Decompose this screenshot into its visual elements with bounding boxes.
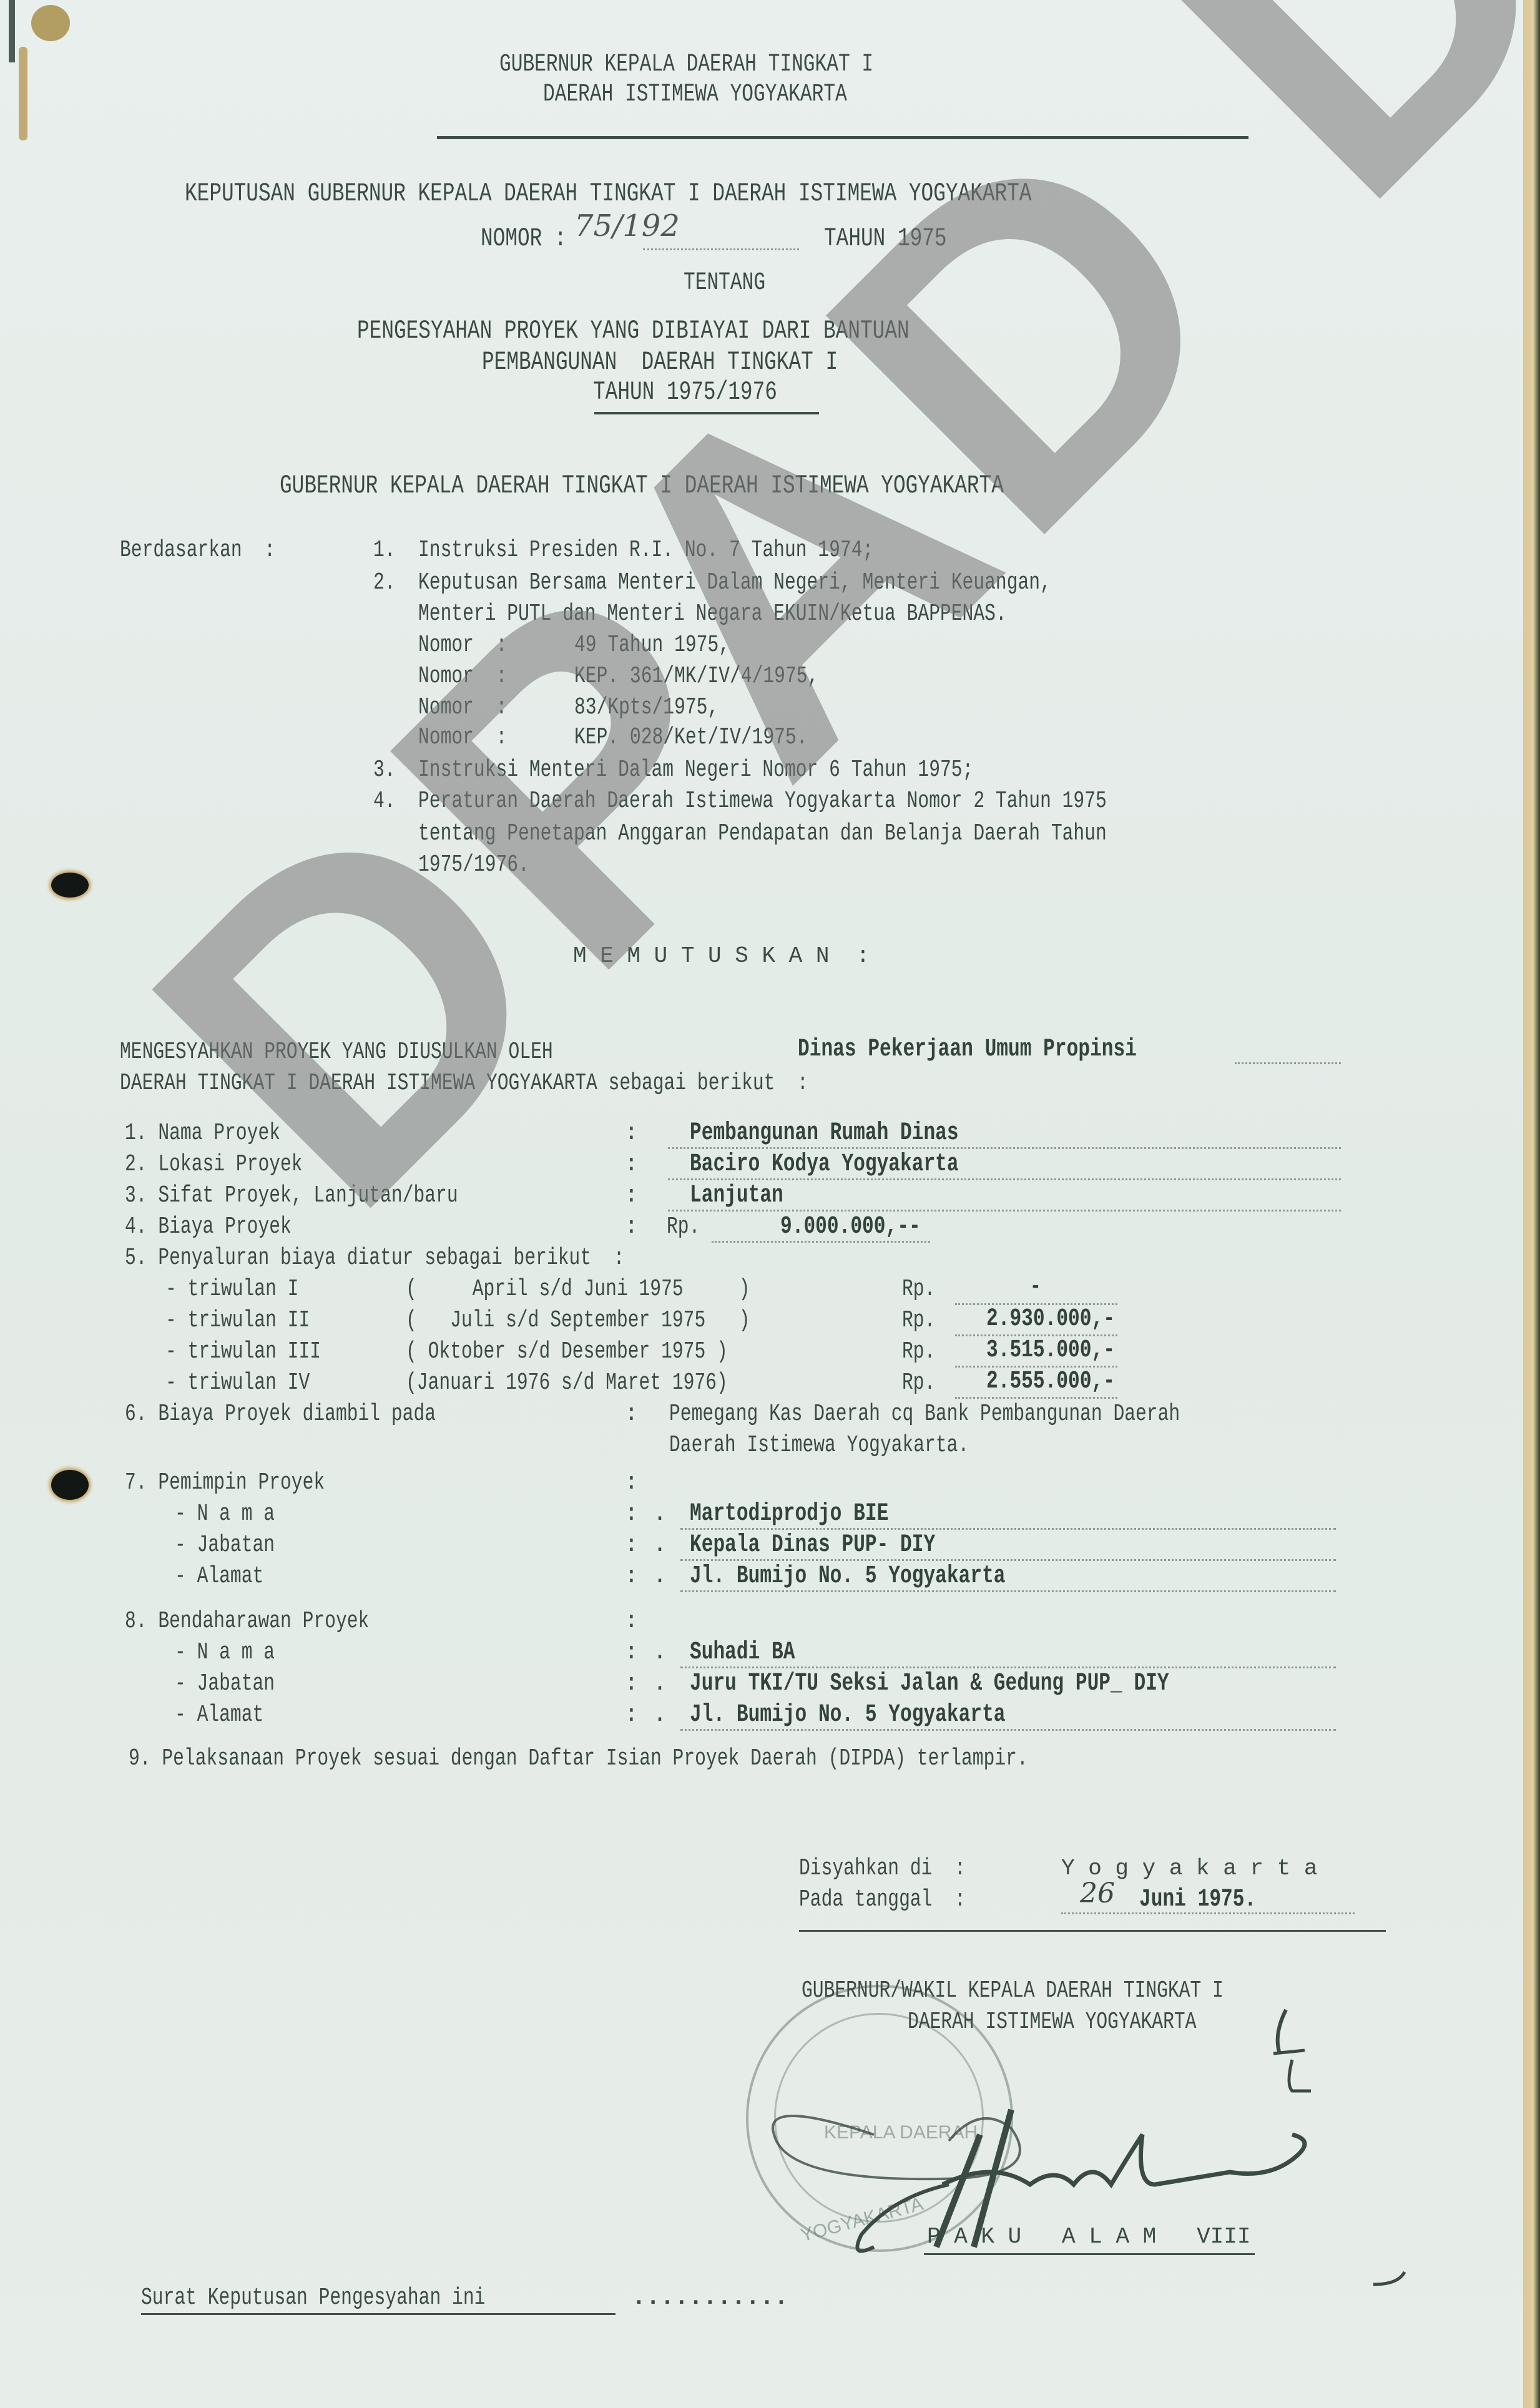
dots-line xyxy=(1061,1912,1355,1914)
dots-line xyxy=(712,1241,930,1243)
rust-streak xyxy=(19,47,27,140)
punch-hole-bottom xyxy=(51,1470,89,1500)
proposer: Dinas Pekerjaan Umum Propinsi xyxy=(798,1036,1137,1064)
letterhead-rule xyxy=(437,136,1248,139)
dots-line xyxy=(668,1178,1341,1180)
treasurer-address-value: Jl. Bumijo No. 5 Yogyakarta xyxy=(690,1701,1006,1729)
leader-name-value: Martodiprodjo BIE xyxy=(690,1500,888,1528)
quarter-2-prefix: Rp. xyxy=(902,1307,935,1334)
nomor-ref-1-value: 49 Tahun 1975, xyxy=(574,632,730,659)
footer-note: Surat Keputusan Pengesyahan ini xyxy=(141,2284,485,2312)
dots-line xyxy=(668,1210,1341,1211)
quarter-4-amount: 2.555.000,- xyxy=(986,1368,1115,1396)
consideration-3-num: 3. xyxy=(373,756,396,784)
rust-stain xyxy=(31,5,70,41)
consideration-2-cont: Menteri PUTL dan Menteri Negara EKUIN/Ke… xyxy=(418,600,1007,628)
signatory-name: P A K U A L A M VIII xyxy=(927,2223,1250,2251)
nomor-ref-3-value: 83/Kpts/1975, xyxy=(574,694,719,722)
colon: : xyxy=(624,1213,639,1241)
item-nama-proyek-value: Pembangunan Rumah Dinas xyxy=(690,1120,959,1147)
treasurer-name-value: Suhadi BA xyxy=(690,1639,795,1667)
consideration-1: Instruksi Presiden R.I. No. 7 Tahun 1974… xyxy=(418,537,873,564)
colon: : . xyxy=(624,1563,667,1590)
dots-line xyxy=(680,1528,1336,1530)
source-value: Pemegang Kas Daerah cq Bank Pembangunan … xyxy=(669,1401,1180,1428)
subject-line2: PEMBANGUNAN DAERAH TINGKAT I xyxy=(482,348,838,376)
treasurer-position-value: Juru TKI/TU Seksi Jalan & Gedung PUP_ DI… xyxy=(690,1670,1169,1698)
quarter-1-amount: - xyxy=(1030,1273,1041,1301)
subject-line3: TAHUN 1975/1976 xyxy=(593,378,777,406)
nomor-dots xyxy=(643,248,799,250)
tahun-label: TAHUN 1975 xyxy=(824,225,947,252)
nomor-label: NOMOR : xyxy=(481,225,567,252)
quarter-4-period: (Januari 1976 s/d Maret 1976) xyxy=(406,1369,728,1397)
dots-line xyxy=(680,1667,1336,1668)
treasurer-label: 8. Bendaharawan Proyek xyxy=(125,1608,369,1635)
item-biaya-value: 9.000.000,-- xyxy=(780,1213,921,1241)
stamp-inner-text: KEPALA DAERAH xyxy=(824,2122,978,2143)
nomor-ref-4: Nomor : xyxy=(418,724,507,751)
signatory-underline xyxy=(924,2253,1255,2255)
colon: : . xyxy=(624,1670,667,1698)
leader-position-label: - Jabatan xyxy=(175,1532,275,1559)
footer-dots: ........... xyxy=(632,2284,788,2312)
subject-underline xyxy=(594,412,819,414)
letterhead-line2: DAERAH ISTIMEWA YOGYAKARTA xyxy=(543,81,847,109)
consideration-4: Peraturan Daerah Daerah Istimewa Yogyaka… xyxy=(418,788,1107,815)
leader-address-label: - Alamat xyxy=(175,1563,263,1590)
nomor-ref-2-value: KEP. 361/MK/IV/4/1975, xyxy=(574,663,818,690)
quarter-1-period: ( April s/d Juni 1975 ) xyxy=(406,1276,750,1303)
colon: : xyxy=(624,1469,639,1497)
date-label: Pada tanggal : xyxy=(799,1886,966,1914)
disbursement-label: 5. Penyaluran biaya diatur sebagai berik… xyxy=(125,1245,624,1272)
item-lokasi-value: Baciro Kodya Yogyakarta xyxy=(690,1151,959,1178)
letterhead-line1: GUBERNUR KEPALA DAERAH TINGKAT I xyxy=(499,51,873,79)
subject-line1: PENGESYAHAN PROYEK YANG DIBIAYAI DARI BA… xyxy=(357,317,910,345)
item-sifat-label: 3. Sifat Proyek, Lanjutan/baru xyxy=(125,1182,458,1210)
leader-name-label: - N a m a xyxy=(175,1500,275,1528)
decree-title: KEPUTUSAN GUBERNUR KEPALA DAERAH TINGKAT… xyxy=(185,180,1031,207)
consideration-4-num: 4. xyxy=(373,788,396,815)
consideration-4-cont: tentang Penetapan Anggaran Pendapatan da… xyxy=(418,820,1107,848)
consideration-2-num: 2. xyxy=(373,569,396,597)
dots-line xyxy=(680,1729,1336,1731)
decision-intro-cont: DAERAH TINGKAT I DAERAH ISTIMEWA YOGYAKA… xyxy=(120,1070,808,1097)
issuer-line: GUBERNUR KEPALA DAERAH TINGKAT I DAERAH … xyxy=(280,472,1004,499)
colon: : xyxy=(624,1120,639,1147)
colon: : . xyxy=(624,1532,667,1559)
signatory-title-line2: DAERAH ISTIMEWA YOGYAKARTA xyxy=(908,2009,1196,2036)
item-nama-proyek-label: 1. Nama Proyek xyxy=(125,1120,280,1147)
leader-address-value: Jl. Bumijo No. 5 Yogyakarta xyxy=(690,1563,1006,1590)
colon: : xyxy=(624,1401,639,1428)
memutuskan-heading: M E M U T U S K A N : xyxy=(573,942,870,970)
signatory-title-line1: GUBERNUR/WAKIL KEPALA DAERAH TINGKAT I xyxy=(802,1977,1224,2005)
quarter-3-amount: 3.515.000,- xyxy=(986,1337,1115,1364)
page-edge xyxy=(1523,0,1540,2408)
quarter-3-period: ( Oktober s/d Desember 1975 ) xyxy=(406,1338,728,1366)
consideration-4-cont2: 1975/1976. xyxy=(418,851,529,879)
place-label: Disyahkan di : xyxy=(799,1855,966,1882)
quarter-2-amount: 2.930.000,- xyxy=(986,1306,1115,1333)
item-biaya-prefix: Rp. xyxy=(667,1213,700,1241)
binder-mark xyxy=(9,0,15,62)
quarter-4-prefix: Rp. xyxy=(902,1369,935,1397)
quarter-3-prefix: Rp. xyxy=(902,1338,935,1366)
item-lokasi-label: 2. Lokasi Proyek xyxy=(125,1151,303,1178)
date-rest: Juni 1975. xyxy=(1139,1886,1256,1914)
decision-intro: MENGESYAHKAN PROYEK YANG DIUSULKAN OLEH xyxy=(120,1039,553,1066)
quarter-2-name: - triwulan II xyxy=(165,1307,310,1334)
punch-hole-top xyxy=(51,873,89,898)
colon: : xyxy=(624,1608,639,1635)
consideration-3: Instruksi Menteri Dalam Negeri Nomor 6 T… xyxy=(418,756,973,784)
item-sifat-value: Lanjutan xyxy=(690,1182,783,1210)
consideration-1-num: 1. xyxy=(373,537,396,564)
consideration-2: Keputusan Bersama Menteri Dalam Negeri, … xyxy=(418,569,1051,597)
leader-label: 7. Pemimpin Proyek xyxy=(125,1469,325,1497)
nomor-ref-2: Nomor : xyxy=(418,663,507,690)
quarter-2-period: ( Juli s/d September 1975 ) xyxy=(406,1307,750,1334)
dots-line xyxy=(955,1397,1117,1399)
treasurer-position-label: - Jabatan xyxy=(175,1670,275,1698)
nomor-ref-3: Nomor : xyxy=(418,694,507,722)
treasurer-name-label: - N a m a xyxy=(175,1639,275,1667)
nomor-ref-4-value: KEP. 028/Ket/IV/1975. xyxy=(574,724,808,751)
dots-line xyxy=(668,1147,1341,1149)
colon: : . xyxy=(624,1701,667,1729)
quarter-1-prefix: Rp. xyxy=(902,1276,935,1303)
source-label: 6. Biaya Proyek diambil pada xyxy=(125,1401,436,1428)
date-day-handwritten: 26 xyxy=(1080,1880,1115,1907)
nomor-ref-1: Nomor : xyxy=(418,632,507,659)
nomor-handwritten: 75/192 xyxy=(574,212,680,240)
colon: : xyxy=(624,1151,639,1178)
colon: : xyxy=(624,1182,639,1210)
colon: : . xyxy=(624,1500,667,1528)
source-value-cont: Daerah Istimewa Yogyakarta. xyxy=(669,1432,969,1459)
treasurer-address-label: - Alamat xyxy=(175,1701,263,1729)
dots-line xyxy=(680,1559,1336,1561)
proposer-dots xyxy=(1235,1062,1341,1064)
official-stamp-inner xyxy=(774,2013,984,2223)
berdasarkan-label: Berdasarkan : xyxy=(120,537,275,564)
quarter-1-name: - triwulan I xyxy=(165,1276,298,1303)
tentang-label: TENTANG xyxy=(684,270,765,297)
item-biaya-label: 4. Biaya Proyek xyxy=(125,1213,292,1241)
ratification-rule xyxy=(799,1930,1386,1932)
dots-line xyxy=(680,1590,1336,1592)
footer-underline xyxy=(141,2313,616,2315)
quarter-4-name: - triwulan IV xyxy=(165,1369,310,1397)
leader-position-value: Kepala Dinas PUP- DIY xyxy=(690,1532,935,1559)
colon: : . xyxy=(624,1639,667,1667)
item-9: 9. Pelaksanaan Proyek sesuai dengan Daft… xyxy=(129,1745,1028,1773)
quarter-3-name: - triwulan III xyxy=(165,1338,321,1366)
